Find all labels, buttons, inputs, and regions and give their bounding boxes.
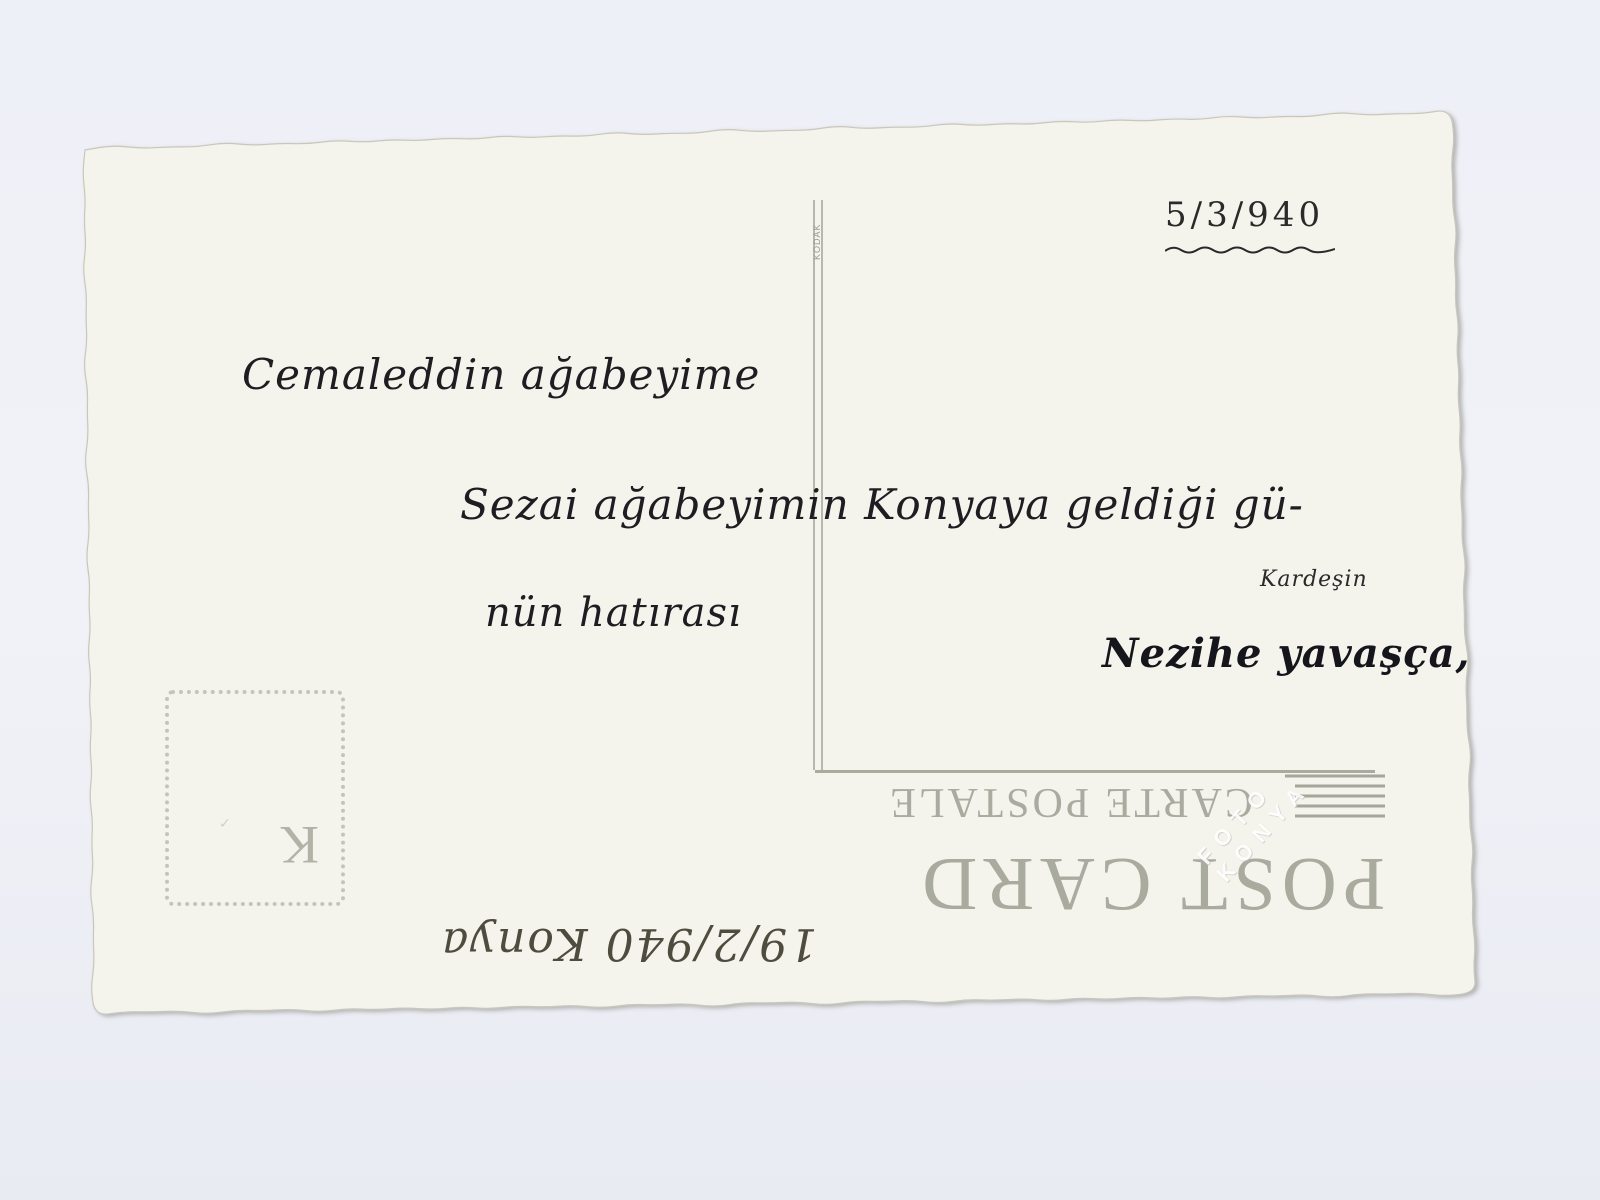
message-line-1: Sezai ağabeyimin Konyaya geldiği gü- — [460, 480, 1304, 529]
signature-text: Nezihe yavaşça, — [1102, 630, 1470, 677]
date-top: 5/3/940 — [1165, 195, 1324, 235]
message-line-2: nün hatırası — [485, 590, 742, 636]
stamp-box-letter: K — [280, 814, 319, 876]
bottom-pencil-note: 19/2/940 Konya — [440, 918, 817, 969]
stamp-box: K ✓ — [165, 690, 345, 906]
maker-mark: KODAK — [812, 200, 822, 260]
postcard: KODAK K ✓ CARTE POSTALE POST CARD FOTO K… — [80, 0, 1500, 1200]
stamp-box-mark: ✓ — [219, 816, 231, 832]
greeting-text: Cemaleddin ağabeyime — [242, 350, 760, 399]
postcard-paper-shape — [80, 0, 1500, 1200]
date-underline-squiggle — [1165, 244, 1335, 254]
closing-text: Kardeşin — [1260, 567, 1368, 592]
